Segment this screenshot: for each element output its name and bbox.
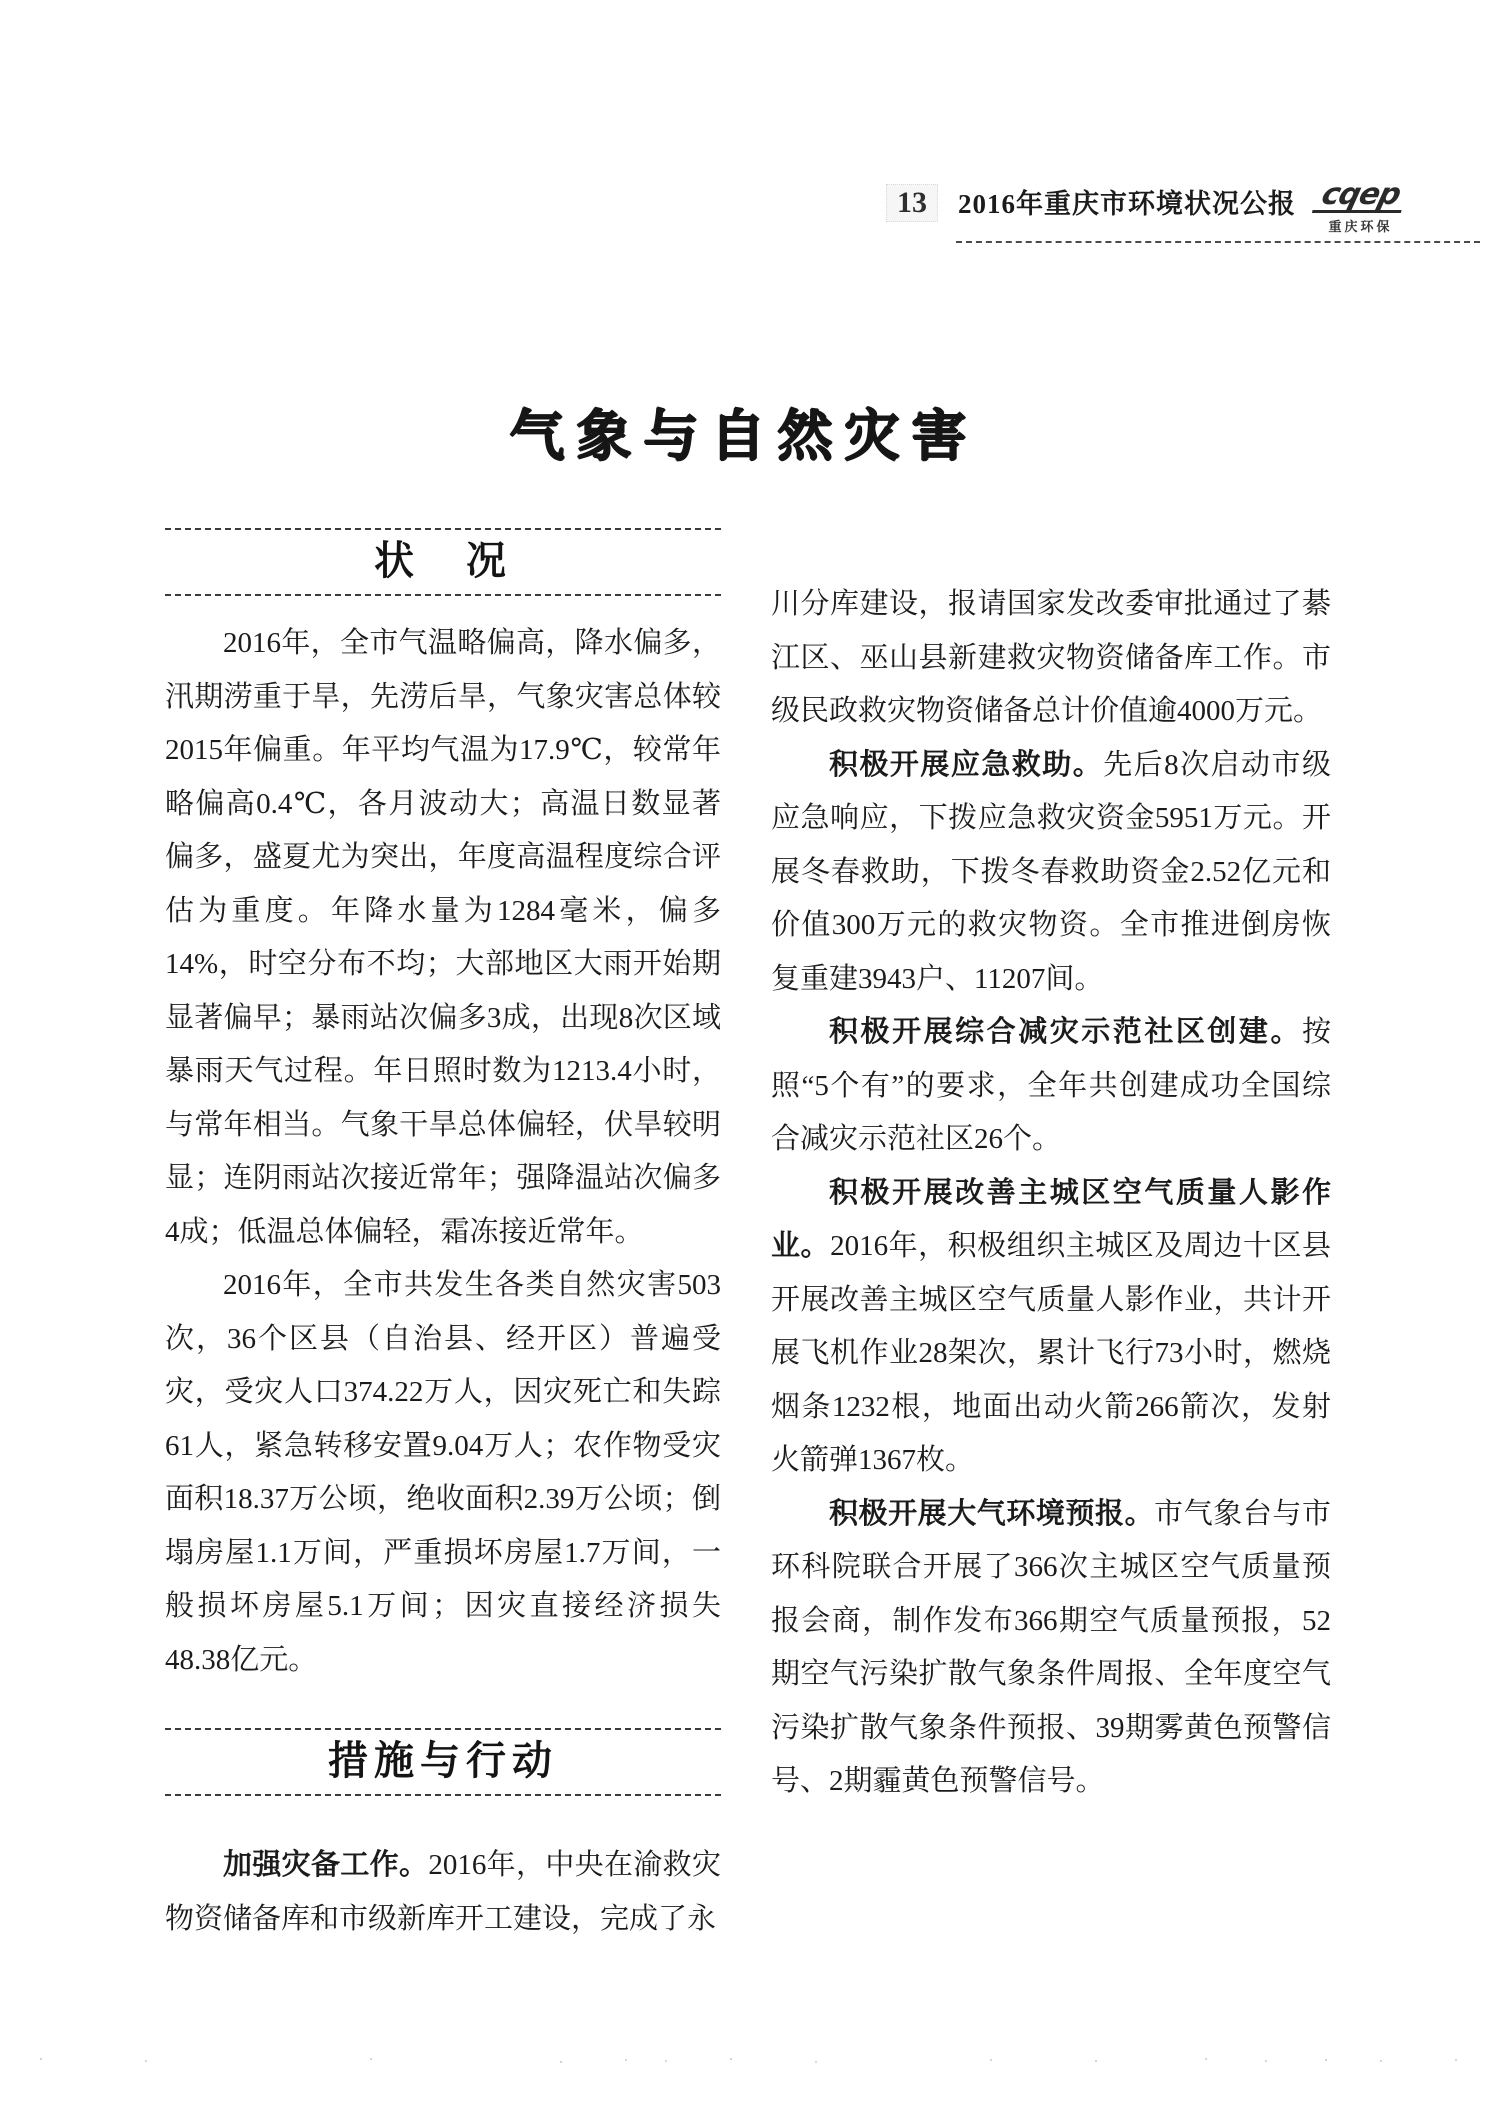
publisher-logo: cqep 重庆环保 — [1316, 180, 1405, 235]
paragraph-text: 市气象台与市环科院联合开展了366次主城区空气质量预报会商，制作发布366期空气… — [771, 1498, 1331, 1798]
continuation-paragraph: 川分库建设，报请国家发改委审批通过了綦江区、巫山县新建救灾物资储备库工作。市级民… — [771, 578, 1331, 739]
paragraph-lead: 积极开展大气环境预报。 — [829, 1498, 1154, 1530]
page-header: 13 2016年重庆市环境状况公报 cqep 重庆环保 — [886, 184, 1405, 235]
measures-paragraph-1: 加强灾备工作。2016年，中央在渝救灾物资储备库和市级新库开工建设，完成了永 — [165, 1839, 721, 1946]
measures-paragraph-2: 积极开展应急救助。先后8次启动市级应急响应，下拨应急救灾资金5951万元。开展冬… — [771, 739, 1331, 1007]
left-column: 状 况 2016年，全市气温略偏高，降水偏多，汛期涝重于旱，先涝后旱，气象灾害总… — [165, 528, 721, 1946]
right-column: 川分库建设，报请国家发改委审批通过了綦江区、巫山县新建救灾物资储备库工作。市级民… — [771, 528, 1331, 1946]
scan-noise-artifacts — [40, 2058, 42, 2060]
paragraph-lead: 加强灾备工作。 — [223, 1849, 428, 1881]
paragraph-text: 先后8次启动市级应急响应，下拨应急救灾资金5951万元。开展冬春救助，下拨冬春救… — [771, 749, 1331, 995]
logo-mark-icon: cqep — [1312, 180, 1409, 213]
paragraph-lead: 积极开展综合减灾示范社区创建。 — [829, 1016, 1302, 1048]
measures-paragraph-3: 积极开展综合减灾示范社区创建。按照“5个有”的要求，全年共创建成功全国综合减灾示… — [771, 1006, 1331, 1167]
paragraph-lead: 积极开展应急救助。 — [829, 749, 1103, 781]
measures-paragraph-4: 积极开展改善主城区空气质量人影作业。2016年，积极组织主城区及周边十区县开展改… — [771, 1167, 1331, 1488]
status-paragraph-2: 2016年，全市共发生各类自然灾害503次，36个区县（自治县、经开区）普遍受灾… — [165, 1259, 721, 1687]
header-divider — [956, 241, 1480, 243]
chapter-title: 气象与自然灾害 — [0, 392, 1488, 471]
measures-paragraph-5: 积极开展大气环境预报。市气象台与市环科院联合开展了366次主城区空气质量预报会商… — [771, 1488, 1331, 1809]
document-page: 13 2016年重庆市环境状况公报 cqep 重庆环保 气象与自然灾害 状 况 … — [0, 0, 1488, 2106]
page-number: 13 — [886, 184, 938, 222]
report-title: 2016年重庆市环境状况公报 — [958, 184, 1296, 224]
status-paragraph-1: 2016年，全市气温略偏高，降水偏多，汛期涝重于旱，先涝后旱，气象灾害总体较20… — [165, 617, 721, 1259]
two-column-body: 状 况 2016年，全市气温略偏高，降水偏多，汛期涝重于旱，先涝后旱，气象灾害总… — [165, 528, 1331, 1946]
section-heading-status: 状 况 — [165, 528, 721, 596]
paragraph-text: 2016年，积极组织主城区及周边十区县开展改善主城区空气质量人影作业，共计开展飞… — [771, 1230, 1331, 1476]
section-heading-measures: 措施与行动 — [165, 1728, 721, 1796]
logo-subtext: 重庆环保 — [1329, 216, 1393, 235]
